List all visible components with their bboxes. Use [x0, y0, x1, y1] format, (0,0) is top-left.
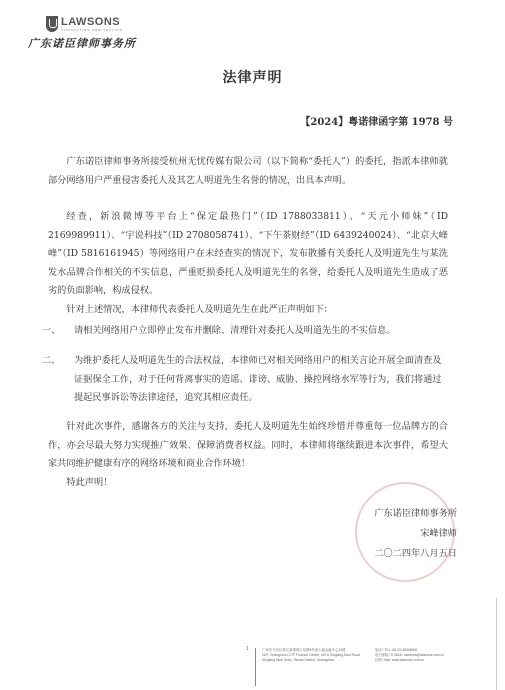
list-item-number: 一、 [42, 322, 60, 341]
list-item-text: 为维护委托人及明道先生的合法权益，本律师已对相关网络用户的相关言论开展全面清查及… [74, 355, 442, 403]
logo-subtitle: CONSULTING ARBITRATION [61, 28, 123, 32]
logo-text: LAWSONS [61, 17, 123, 28]
paragraph-declaration-lead: 针对上述情况，本律师代表委托人及明道先生在此严正声明如下： [48, 301, 448, 320]
signature-block: 广东诺臣律师事务所 宋峰律师 二〇二四年八月五日 [374, 504, 457, 564]
list-item: 一、 请相关网络用户立即停止发布并删除、清理针对委托人及明道先生的不实信息。 [74, 322, 446, 341]
footer-web: 官网 / http: www.lawsons.com.cn [375, 658, 444, 663]
signature-firm: 广东诺臣律师事务所 [374, 504, 457, 524]
paragraph-findings: 经查，新浪微博等平台上“保定最热门”（ID 1788033811）、“天元小师妹… [48, 208, 448, 301]
paragraph-intro: 广东诺臣律师事务所接受杭州无忧传媒有限公司（以下简称“委托人”）的委托，指派本律… [48, 153, 448, 190]
document-title: 法律声明 [0, 67, 505, 87]
document-page: LAWSONS CONSULTING ARBITRATION 广东诺臣律师事务所… [0, 0, 505, 690]
footer-contact: 电话 / TEL: 86-20-38306000 电子邮箱 / E-MAIL: … [375, 648, 444, 686]
lawsons-shield-icon [46, 16, 58, 32]
reference-number: 【2024】粤诺律函字第 1978 号 [300, 113, 453, 128]
firm-name-cn: 广东诺臣律师事务所 [28, 35, 136, 51]
list-item: 二、 为维护委托人及明道先生的合法权益，本律师已对相关网络用户的相关言论开展全面… [74, 352, 446, 408]
paragraph-closing: 针对此次事件，感谢各方的关注与支持，委托人及明道先生始终珍惜并尊重每一位品牌方的… [48, 418, 448, 474]
signature-lawyer: 宋峰律师 [374, 524, 457, 544]
footer-address: 广州市天河区珠江新城珠江东路6号周大福金融中心11楼 11/F, Guangzh… [262, 648, 361, 686]
page-edge-divider [496, 598, 497, 690]
list-item-text: 请相关网络用户立即停止发布并删除、清理针对委托人及明道先生的不实信息。 [74, 325, 396, 336]
page-number: 1 [246, 646, 249, 652]
footer: 广州市天河区珠江新城珠江东路6号周大福金融中心11楼 11/F, Guangzh… [255, 648, 444, 686]
firm-logo: LAWSONS CONSULTING ARBITRATION 广东诺臣律师事务所 [28, 16, 136, 51]
signature-date: 二〇二四年八月五日 [374, 544, 457, 564]
list-item-number: 二、 [42, 352, 60, 371]
footer-address-en-2: Zhujiang New Town, Tianhe District, Guan… [262, 658, 361, 663]
